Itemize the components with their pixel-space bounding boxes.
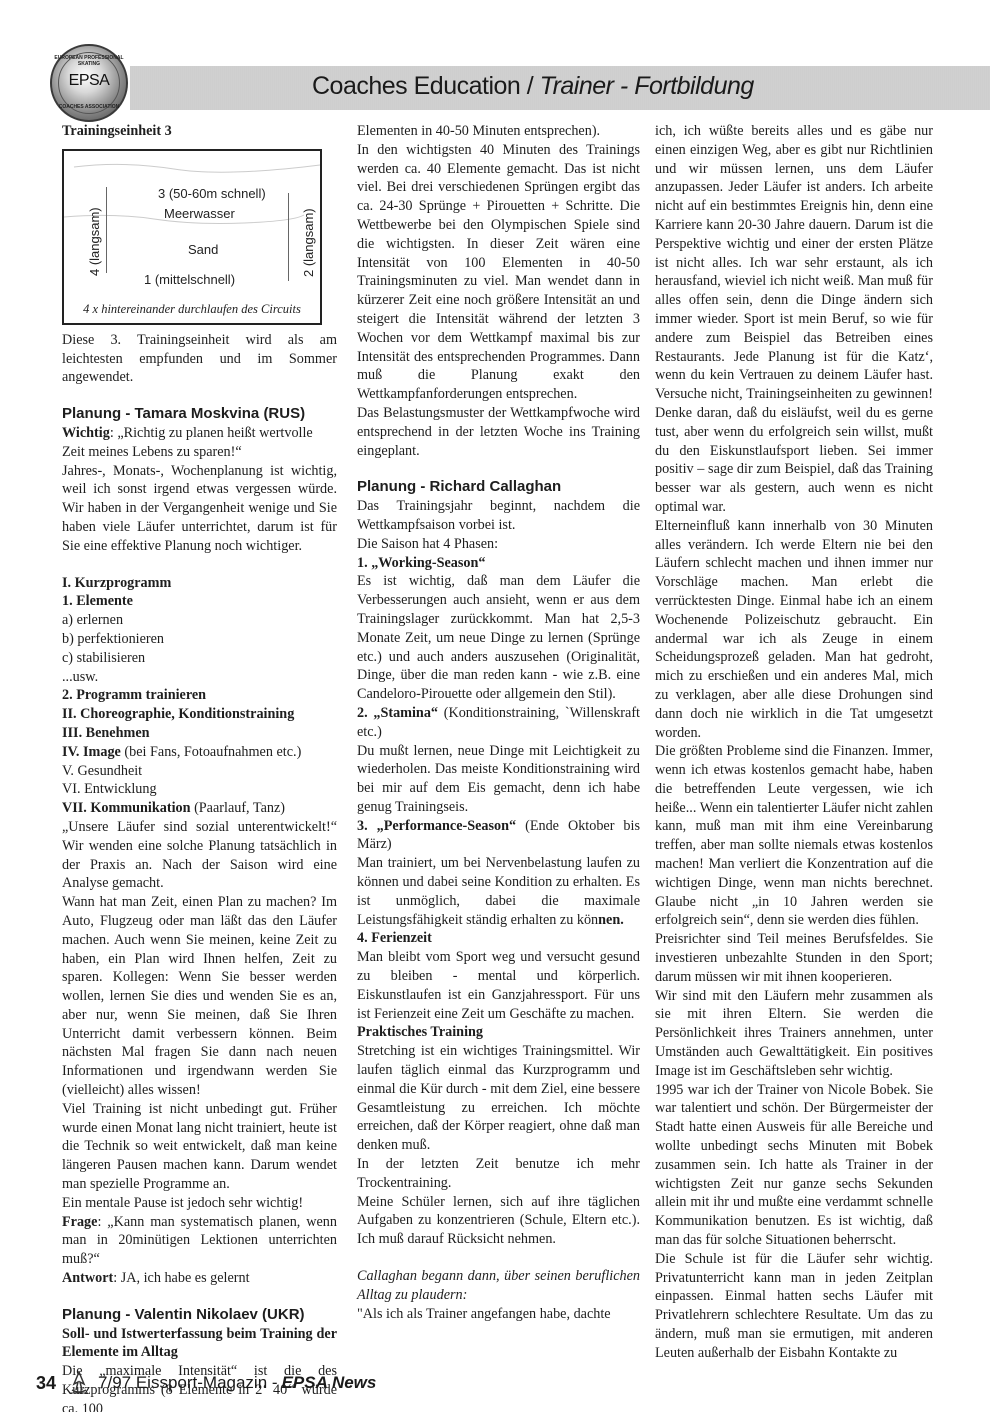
list-item: c) stabilisieren [62, 649, 337, 668]
question: Frage: „Kann man systematisch planen, we… [62, 1213, 337, 1269]
list-item-rest: (bei Fans, Fotoaufnahmen etc.) [121, 744, 301, 760]
question-text: : „Kann man systematisch planen, wenn ma… [62, 1214, 337, 1268]
phase-heading: 3. „Performance-Season“ (Ende Oktober bi… [357, 817, 640, 855]
paragraph: ich, ich wüßte bereits alles und es gäbe… [655, 122, 933, 517]
list-item: 1. Elemente [62, 592, 337, 611]
paragraph: Die Schule ist für die Läufer sehr wicht… [655, 1250, 933, 1363]
paragraph: Jahres-, Monats-, Wochenplanung ist wich… [62, 462, 337, 556]
quote-wichtig: Wichtig: „Richtig zu planen heißt wertvo… [62, 424, 337, 462]
list-item: VII. Kommunikation (Paarlauf, Tanz) [62, 799, 337, 818]
list-item: IV. Image (bei Fans, Fotoaufnahmen etc.) [62, 743, 337, 762]
paragraph: Wir sind mit den Läufern mehr zusammen a… [655, 987, 933, 1081]
section-heading: Trainingseinheit 3 [62, 122, 337, 141]
phase-heading: 1. „Working-Season“ [357, 554, 640, 573]
paragraph: Es ist wichtig, daß man dem Läufer die V… [357, 572, 640, 704]
phase-bold: 3. „Performance-Season“ [357, 818, 516, 834]
diagram-caption: 4 x hintereinander durchlaufen des Circu… [64, 300, 320, 319]
paragraph: 1995 war ich der Trainer von Nicole Bobe… [655, 1081, 933, 1250]
paragraph: In den wichtigsten 40 Minuten des Traini… [357, 141, 640, 404]
paragraph: "Als ich als Trainer angefangen habe, da… [357, 1305, 640, 1324]
subheading: Soll- und Istwerterfassung beim Training… [62, 1325, 337, 1363]
list-item: ...usw. [62, 668, 337, 687]
answer: Antwort: JA, ich habe es gelernt [62, 1269, 337, 1288]
paragraph: In der letzten Zeit benutze ich mehr Tro… [357, 1155, 640, 1193]
paragraph: Diese 3. Trainingseinheit wird als am le… [62, 331, 337, 387]
paragraph: Stretching ist ein wichtiges Trainingsmi… [357, 1042, 640, 1155]
logo-ring-bottom-text: COACHES ASSOCIATION [52, 104, 126, 110]
list-item: 2. Programm trainieren [62, 686, 337, 705]
epsa-logo: EUROPEAN PROFESSIONAL SKATING EPSA COACH… [50, 44, 128, 122]
list-item: I. Kurzprogramm [62, 574, 337, 593]
paragraph: Elementen in 40-50 Minuten entsprechen). [357, 122, 640, 141]
phase-bold: 2. „Stamina“ [357, 705, 438, 721]
paragraph: Du mußt lernen, neue Dinge mit Leichtigk… [357, 742, 640, 817]
paragraph: Man bleibt vom Sport weg und versucht ge… [357, 948, 640, 1023]
list-item-rest: (Paarlauf, Tanz) [191, 800, 285, 816]
phase-heading: 2. „Stamina“ (Konditionstraining, `Wille… [357, 704, 640, 742]
label-left: 4 (langsam) [86, 207, 105, 276]
paragraph: Die Saison hat 4 Phasen: [357, 535, 640, 554]
list-item: VI. Entwicklung [62, 780, 337, 799]
label-water: Meerwasser [164, 205, 235, 224]
list-item: III. Benehmen [62, 724, 337, 743]
paragraph-bold-end: nen. [598, 912, 624, 928]
page-footer: 34 7/97 Eissport-Magazin - EPSA News [36, 1370, 376, 1396]
label-antwort: Antwort [62, 1270, 113, 1286]
label-bottom: 1 (mittelschnell) [144, 271, 235, 290]
list-item: V. Gesundheit [62, 762, 337, 781]
paragraph: Viel Training ist nicht unbedingt gut. F… [62, 1100, 337, 1194]
column-3: ich, ich wüßte bereits alles und es gäbe… [655, 122, 933, 1363]
skater-logo-icon [64, 1370, 94, 1396]
column-2: Elementen in 40-50 Minuten entsprechen).… [357, 122, 640, 1323]
paragraph: Preisrichter sind Teil meines Berufsfeld… [655, 930, 933, 986]
paragraph: Ein mentale Pause ist jedoch sehr wichti… [62, 1194, 337, 1213]
paragraph: Das Belastungsmuster der Wettkampfwoche … [357, 404, 640, 460]
phase-heading: 4. Ferienzeit [357, 929, 640, 948]
section-heading-callaghan: Planung - Richard Callaghan [357, 478, 640, 497]
paragraph: Man trainiert, um bei Nervenbelastung la… [357, 854, 640, 929]
circuit-diagram: 3 (50-60m schnell) Meerwasser Sand 1 (mi… [62, 149, 322, 325]
logo-text: EPSA [52, 72, 126, 90]
italic-intro: Callaghan begann dann, über seinen beruf… [357, 1267, 640, 1305]
paragraph: Wann hat man Zeit, einen Plan zu machen?… [62, 893, 337, 1100]
right-arrow-line [288, 193, 289, 281]
paragraph: Das Trainingsjahr beginnt, nachdem die W… [357, 497, 640, 535]
title-plain: Coaches Education / [312, 72, 540, 100]
paragraph: Elterneinfluß kann innerhalb von 30 Minu… [655, 517, 933, 743]
title-italic: Trainer - Fortbildung [540, 72, 754, 100]
page-title: Coaches Education / Trainer - Fortbildun… [312, 72, 754, 101]
list-item-bold: IV. Image [62, 744, 121, 760]
label-sand: Sand [188, 241, 218, 260]
label-right: 2 (langsam) [300, 208, 319, 277]
section-heading-moskvina: Planung - Tamara Moskvina (RUS) [62, 405, 337, 424]
label-frage: Frage [62, 1214, 97, 1230]
paragraph: Die größten Probleme sind die Finanzen. … [655, 742, 933, 930]
wave-line-icon [64, 159, 320, 179]
issue-label: 7/97 Eissport-Magazin - [98, 1373, 278, 1393]
logo-ring-top-text: EUROPEAN PROFESSIONAL SKATING [52, 55, 126, 67]
list-item: a) erlernen [62, 611, 337, 630]
brand-label: EPSA News [282, 1373, 377, 1393]
label-wichtig: Wichtig [62, 425, 110, 441]
paragraph: „Unsere Läufer sind sozial unterentwicke… [62, 818, 337, 893]
column-1: Trainingseinheit 3 3 (50-60m schnell) Me… [62, 122, 337, 1412]
subheading-praktisch: Praktisches Training [357, 1023, 640, 1042]
page-number: 34 [36, 1373, 56, 1394]
left-arrow-line [106, 187, 107, 273]
list-item-bold: VII. Kommunikation [62, 800, 191, 816]
list-item: II. Choreographie, Konditionstraining [62, 705, 337, 724]
paragraph: Meine Schüler lernen, sich auf ihre tägl… [357, 1193, 640, 1249]
label-top: 3 (50-60m schnell) [158, 185, 266, 204]
list-item: b) perfektionieren [62, 630, 337, 649]
section-heading-nikolaev: Planung - Valentin Nikolaev (UKR) [62, 1306, 337, 1325]
answer-text: : JA, ich habe es gelernt [113, 1270, 249, 1286]
